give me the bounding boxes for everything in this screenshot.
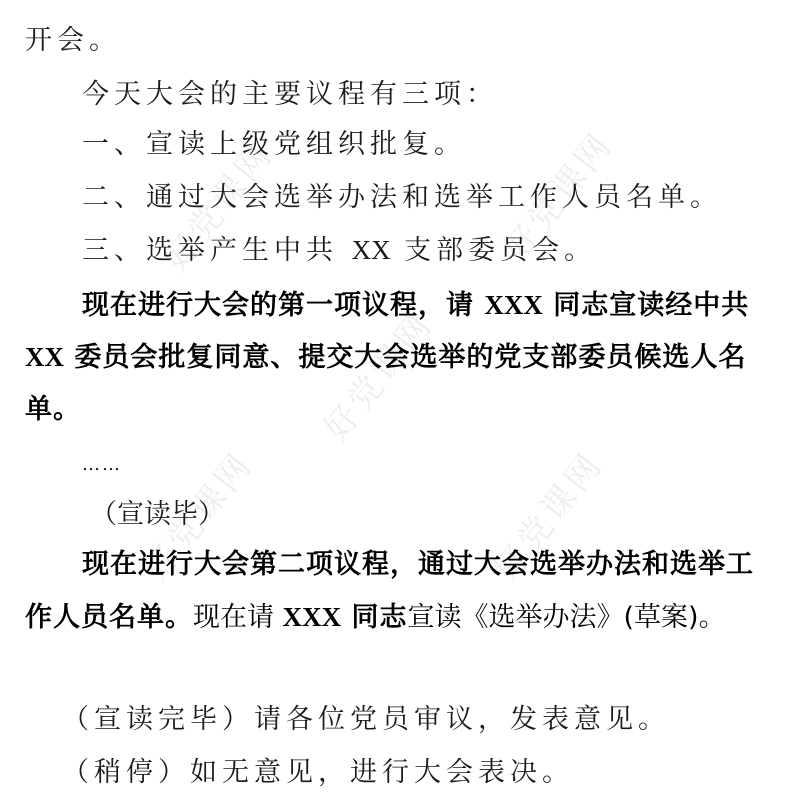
first-agenda-announcement-end: 单。 xyxy=(25,393,81,427)
announcement-text: 作人员名单。 xyxy=(25,602,193,633)
agenda-item-3: 三、选举产生中共 XX 支部委员会。 xyxy=(82,233,596,268)
second-agenda-announcement: 现在进行大会第二项议程，通过大会选举办法和选举工 xyxy=(82,548,754,582)
announcement-text: 现在进行大会的第一项议程，请 xyxy=(82,290,484,321)
agenda-item-3-text: 支部委员会。 xyxy=(391,235,597,266)
document-page: 好党课网 好党课网 好党课网 好党课网 好党课网 开会。 今天大会的主要议程有三… xyxy=(0,0,800,800)
reading-finished-note: （宣读毕） xyxy=(90,498,225,532)
placeholder-xx: XX xyxy=(25,342,64,372)
announcement-text: 同志 xyxy=(341,602,407,633)
announcement-text: 同志宣读经中共 xyxy=(543,290,749,321)
review-request: （宣读完毕）请各位党员审议，发表意见。 xyxy=(62,703,670,737)
agenda-intro: 今天大会的主要议程有三项： xyxy=(82,78,498,112)
vote-instruction: （稍停）如无意见，进行大会表决。 xyxy=(62,756,574,790)
first-agenda-announcement: 现在进行大会的第一项议程，请 XXX 同志宣读经中共 xyxy=(82,288,749,323)
cut-off-line xyxy=(25,0,785,6)
announcement-text: 宣读《选举办法》(草案)。 xyxy=(408,602,726,633)
second-agenda-announcement-cont: 作人员名单。现在请 XXX 同志宣读《选举办法》(草案)。 xyxy=(25,600,726,635)
placeholder-xxx: XXX xyxy=(283,602,342,632)
announcement-text: 委员会批复同意、提交大会选举的党支部委员候选人名 xyxy=(64,342,746,373)
announcement-text: 现在请 xyxy=(193,602,283,633)
placeholder-xx: XX xyxy=(352,235,391,265)
agenda-item-2: 二、通过大会选举办法和选举工作人员名单。 xyxy=(82,181,722,215)
placeholder-xxx: XXX xyxy=(484,290,543,320)
paragraph-line: 开会。 xyxy=(25,24,121,58)
first-agenda-announcement-cont: XX 委员会批复同意、提交大会选举的党支部委员候选人名 xyxy=(25,340,746,375)
agenda-item-3-text: 三、选举产生中共 xyxy=(82,235,352,266)
ellipsis: …… xyxy=(82,448,122,482)
agenda-item-1: 一、宣读上级党组织批复。 xyxy=(82,128,466,162)
